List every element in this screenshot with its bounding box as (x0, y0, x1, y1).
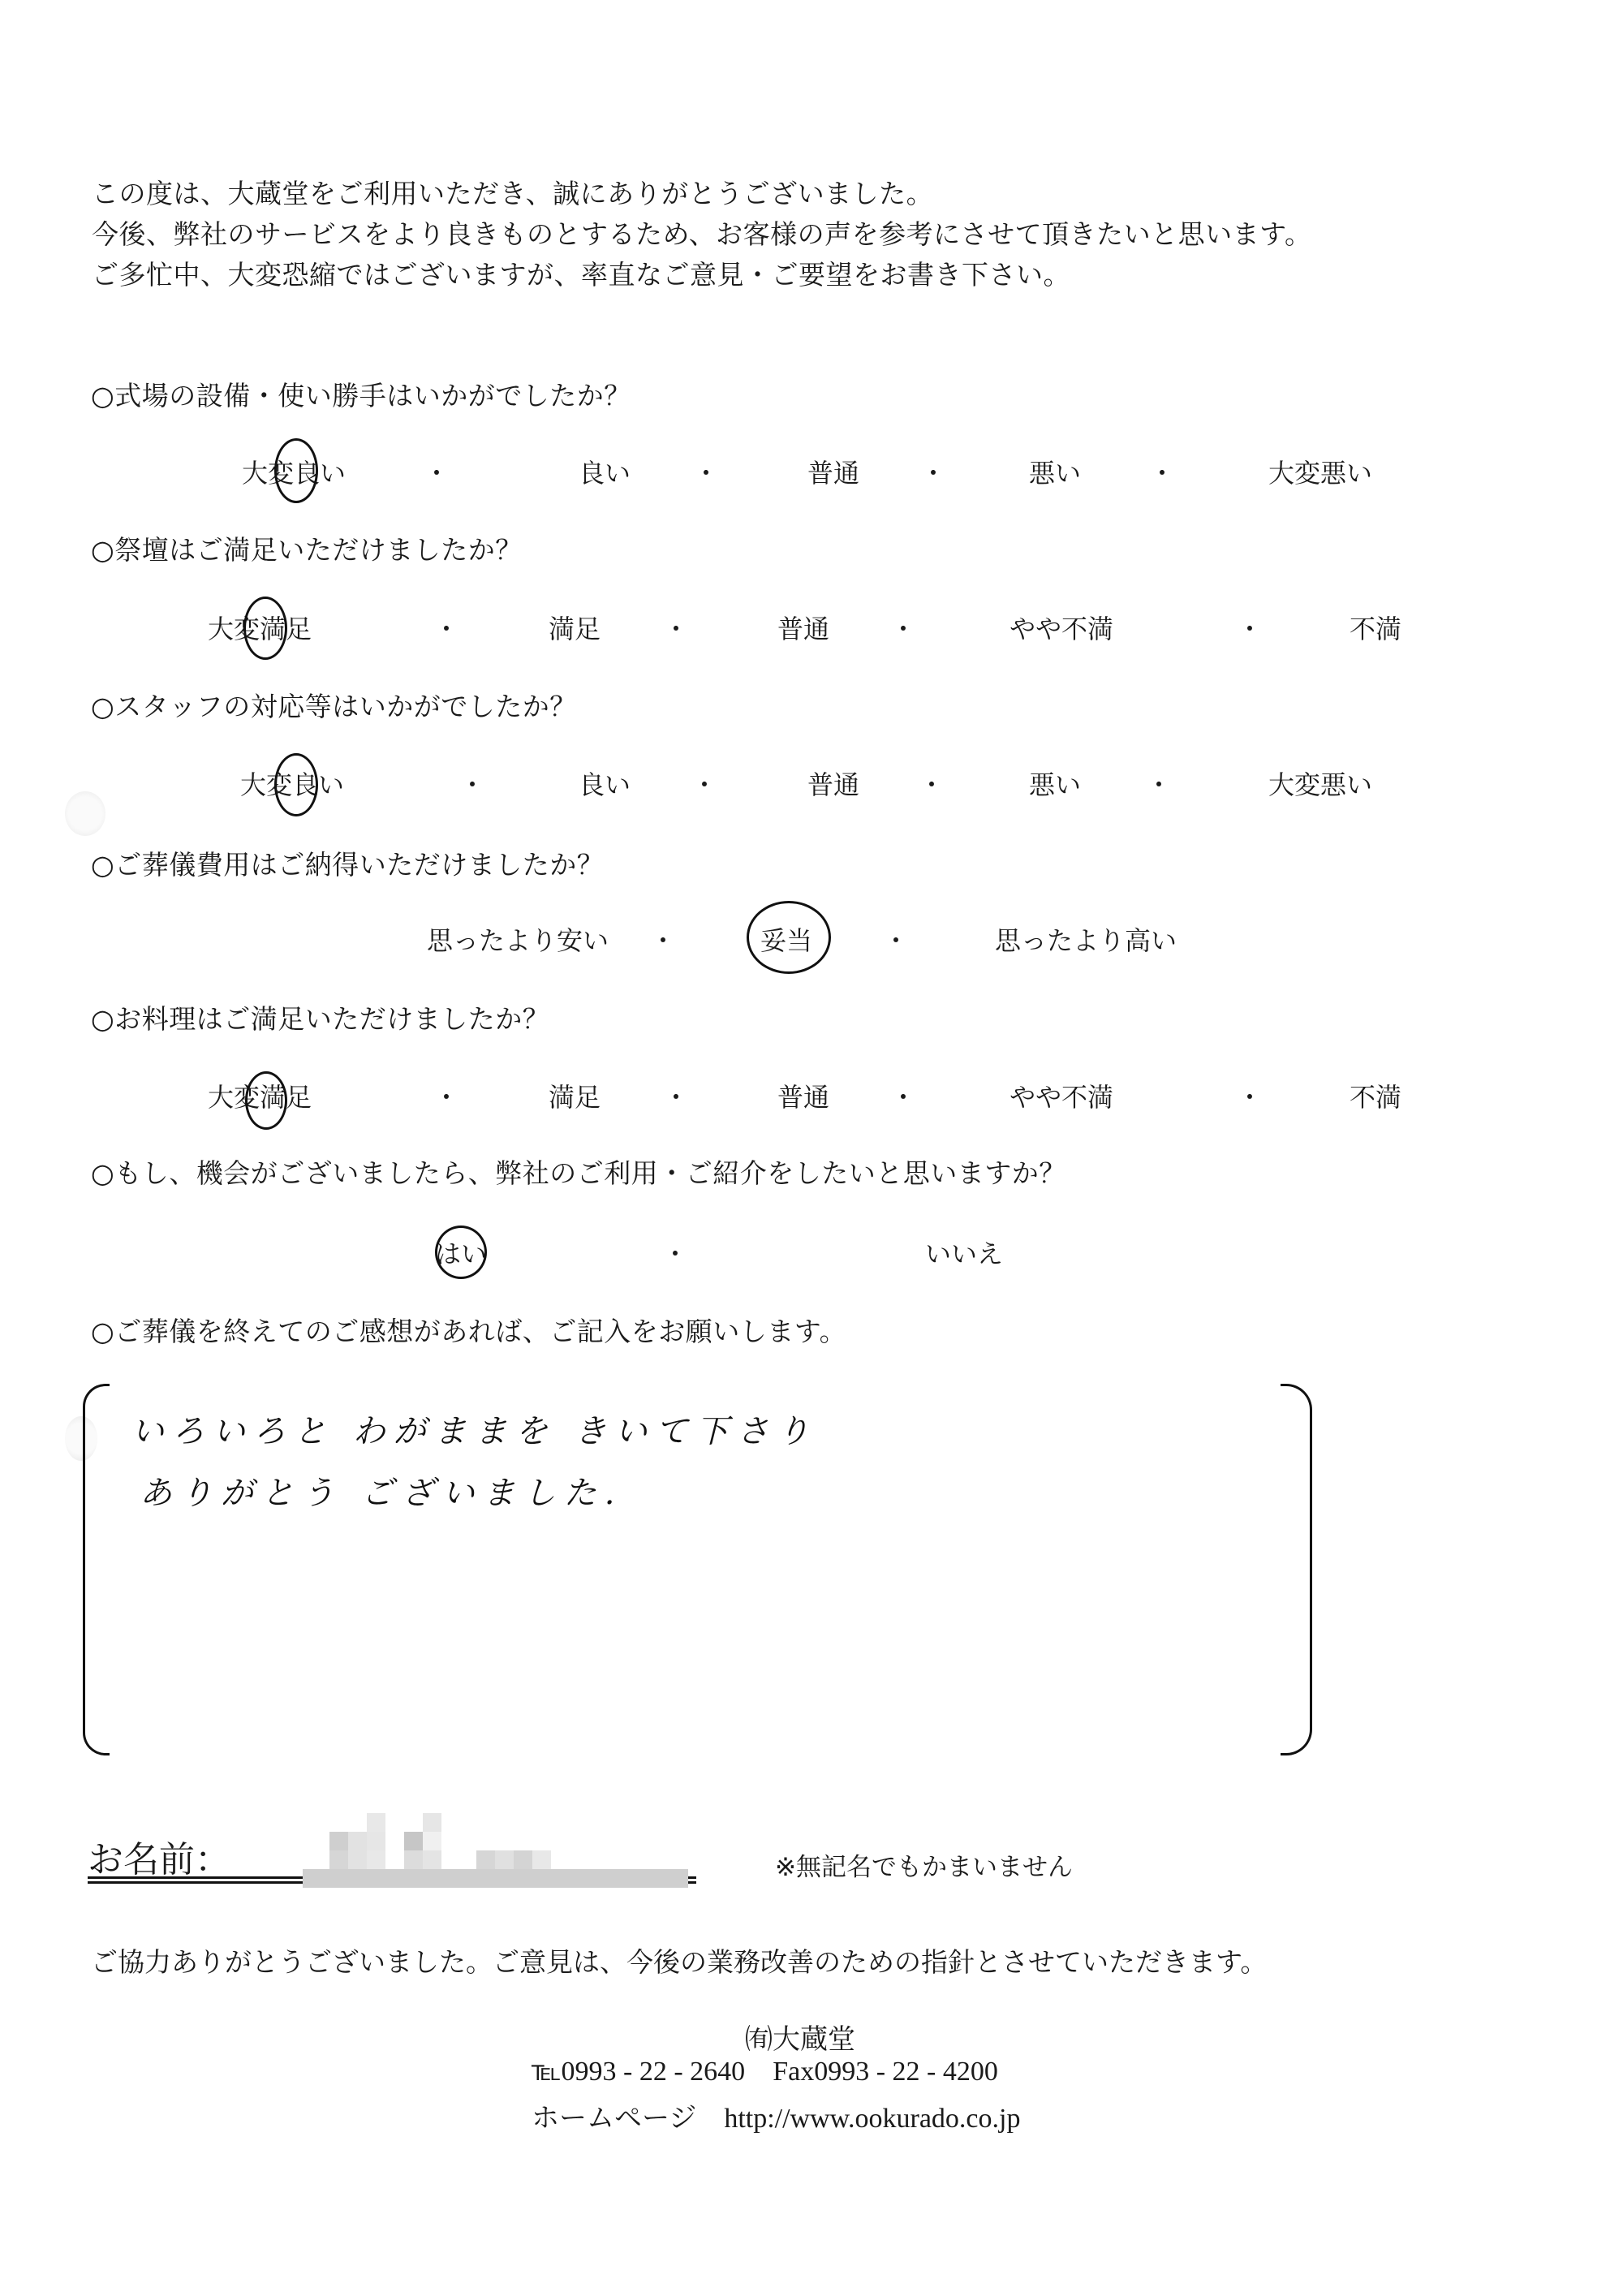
tel-number: 0993 - 22 - 2640 (562, 2057, 746, 2087)
selection-circle (243, 597, 287, 660)
question-text: ○ご葬儀費用はご納得いただけましたか？ (91, 844, 604, 882)
separator: ・ (1149, 453, 1175, 490)
separator: ・ (663, 1077, 689, 1114)
separator: ・ (693, 453, 719, 490)
comment-box-left-bracket (83, 1384, 110, 1755)
homepage-label: ホームページ (532, 2104, 696, 2134)
fax-number: 0993 - 22 - 4200 (814, 2057, 998, 2087)
company-name: ㈲大蔵堂 (745, 2017, 855, 2057)
option-more-expensive[interactable]: 思ったより高い (995, 920, 1177, 958)
separator: ・ (1237, 1077, 1263, 1114)
separator: ・ (691, 765, 717, 802)
option-no[interactable]: いいえ (925, 1234, 1003, 1271)
question-text: ○スタッフの対応等はいかがでしたか？ (91, 686, 577, 724)
selection-circle (274, 753, 318, 816)
fax-label: Fax (773, 2057, 814, 2087)
separator: ・ (662, 1234, 688, 1271)
separator: ・ (1146, 765, 1172, 802)
intro-line: この度は、大蔵堂をご利用いただき、誠にありがとうございました。 (92, 174, 933, 214)
scan-artifact (65, 791, 105, 836)
phone-fax-line: ℡0993 - 22 - 2640 Fax0993 - 22 - 4200 (532, 2055, 998, 2087)
option-average[interactable]: 普通 (807, 453, 859, 490)
selection-circle (274, 438, 318, 503)
homepage-line: ホームページ http://www.ookurado.co.jp (532, 2096, 1020, 2135)
tel-label: ℡ (532, 2057, 562, 2087)
option-very-bad[interactable]: 大変悪い (1268, 453, 1372, 490)
question-text: ○ご葬儀を終えてのご感想があれば、ご記入をお願いします。 (91, 1311, 846, 1349)
separator: ・ (883, 920, 909, 958)
option-satisfied[interactable]: 満足 (549, 609, 601, 646)
option-very-bad[interactable]: 大変悪い (1268, 765, 1372, 802)
separator: ・ (1237, 609, 1263, 646)
option-average[interactable]: 普通 (777, 609, 829, 646)
question-text: ○お料理はご満足いただけましたか？ (91, 998, 549, 1036)
option-bad[interactable]: 悪い (1029, 453, 1081, 490)
option-average[interactable]: 普通 (777, 1077, 829, 1114)
separator: ・ (663, 609, 689, 646)
homepage-url[interactable]: http://www.ookurado.co.jp (724, 2104, 1020, 2134)
option-satisfied[interactable]: 満足 (549, 1077, 601, 1114)
separator: ・ (919, 765, 945, 802)
option-somewhat-dissatisfied[interactable]: やや不満 (1010, 609, 1113, 646)
question-text: ○式場の設備・使い勝手はいかがでしたか？ (91, 375, 631, 413)
handwritten-comment-line: ありがとう ございました. (140, 1467, 622, 1514)
intro-line: 今後、弊社のサービスをより良きものとするため、お客様の声を参考にさせて頂きたいと… (92, 214, 1312, 255)
anonymous-note: ※無記名でもかまいません (775, 1846, 1073, 1883)
option-good[interactable]: 良い (579, 765, 631, 802)
question-text: ○祭壇はご満足いただけましたか？ (91, 529, 523, 567)
option-good[interactable]: 良い (579, 453, 631, 490)
option-cheaper[interactable]: 思ったより安い (427, 920, 609, 958)
name-label: お名前： (88, 1830, 230, 1882)
separator: ・ (920, 453, 946, 490)
closing-message: ご協力ありがとうございました。ご意見は、今後の業務改善のための指針とさせていただ… (91, 1941, 1267, 1979)
option-dissatisfied[interactable]: 不満 (1350, 1077, 1401, 1114)
intro-line: ご多忙中、大変恐縮ではございますが、率直なご意見・ご要望をお書き下さい。 (92, 255, 1070, 295)
option-average[interactable]: 普通 (807, 765, 859, 802)
selection-circle (747, 901, 831, 974)
option-dissatisfied[interactable]: 不満 (1350, 609, 1401, 646)
separator: ・ (433, 1077, 459, 1114)
separator: ・ (433, 609, 459, 646)
handwritten-comment-line: いろいろと わがままを きいて下さり (131, 1406, 817, 1452)
question-text: ○もし、機会がございましたら、弊社のご利用・ご紹介をしたいと思いますか？ (91, 1152, 1066, 1191)
comment-box-right-bracket (1281, 1384, 1312, 1755)
option-somewhat-dissatisfied[interactable]: やや不満 (1010, 1077, 1113, 1114)
selection-circle (245, 1071, 287, 1130)
selection-circle (435, 1226, 487, 1279)
separator: ・ (650, 920, 676, 958)
separator: ・ (424, 453, 450, 490)
option-bad[interactable]: 悪い (1029, 765, 1081, 802)
separator: ・ (890, 1077, 916, 1114)
separator: ・ (459, 765, 485, 802)
separator: ・ (890, 609, 916, 646)
